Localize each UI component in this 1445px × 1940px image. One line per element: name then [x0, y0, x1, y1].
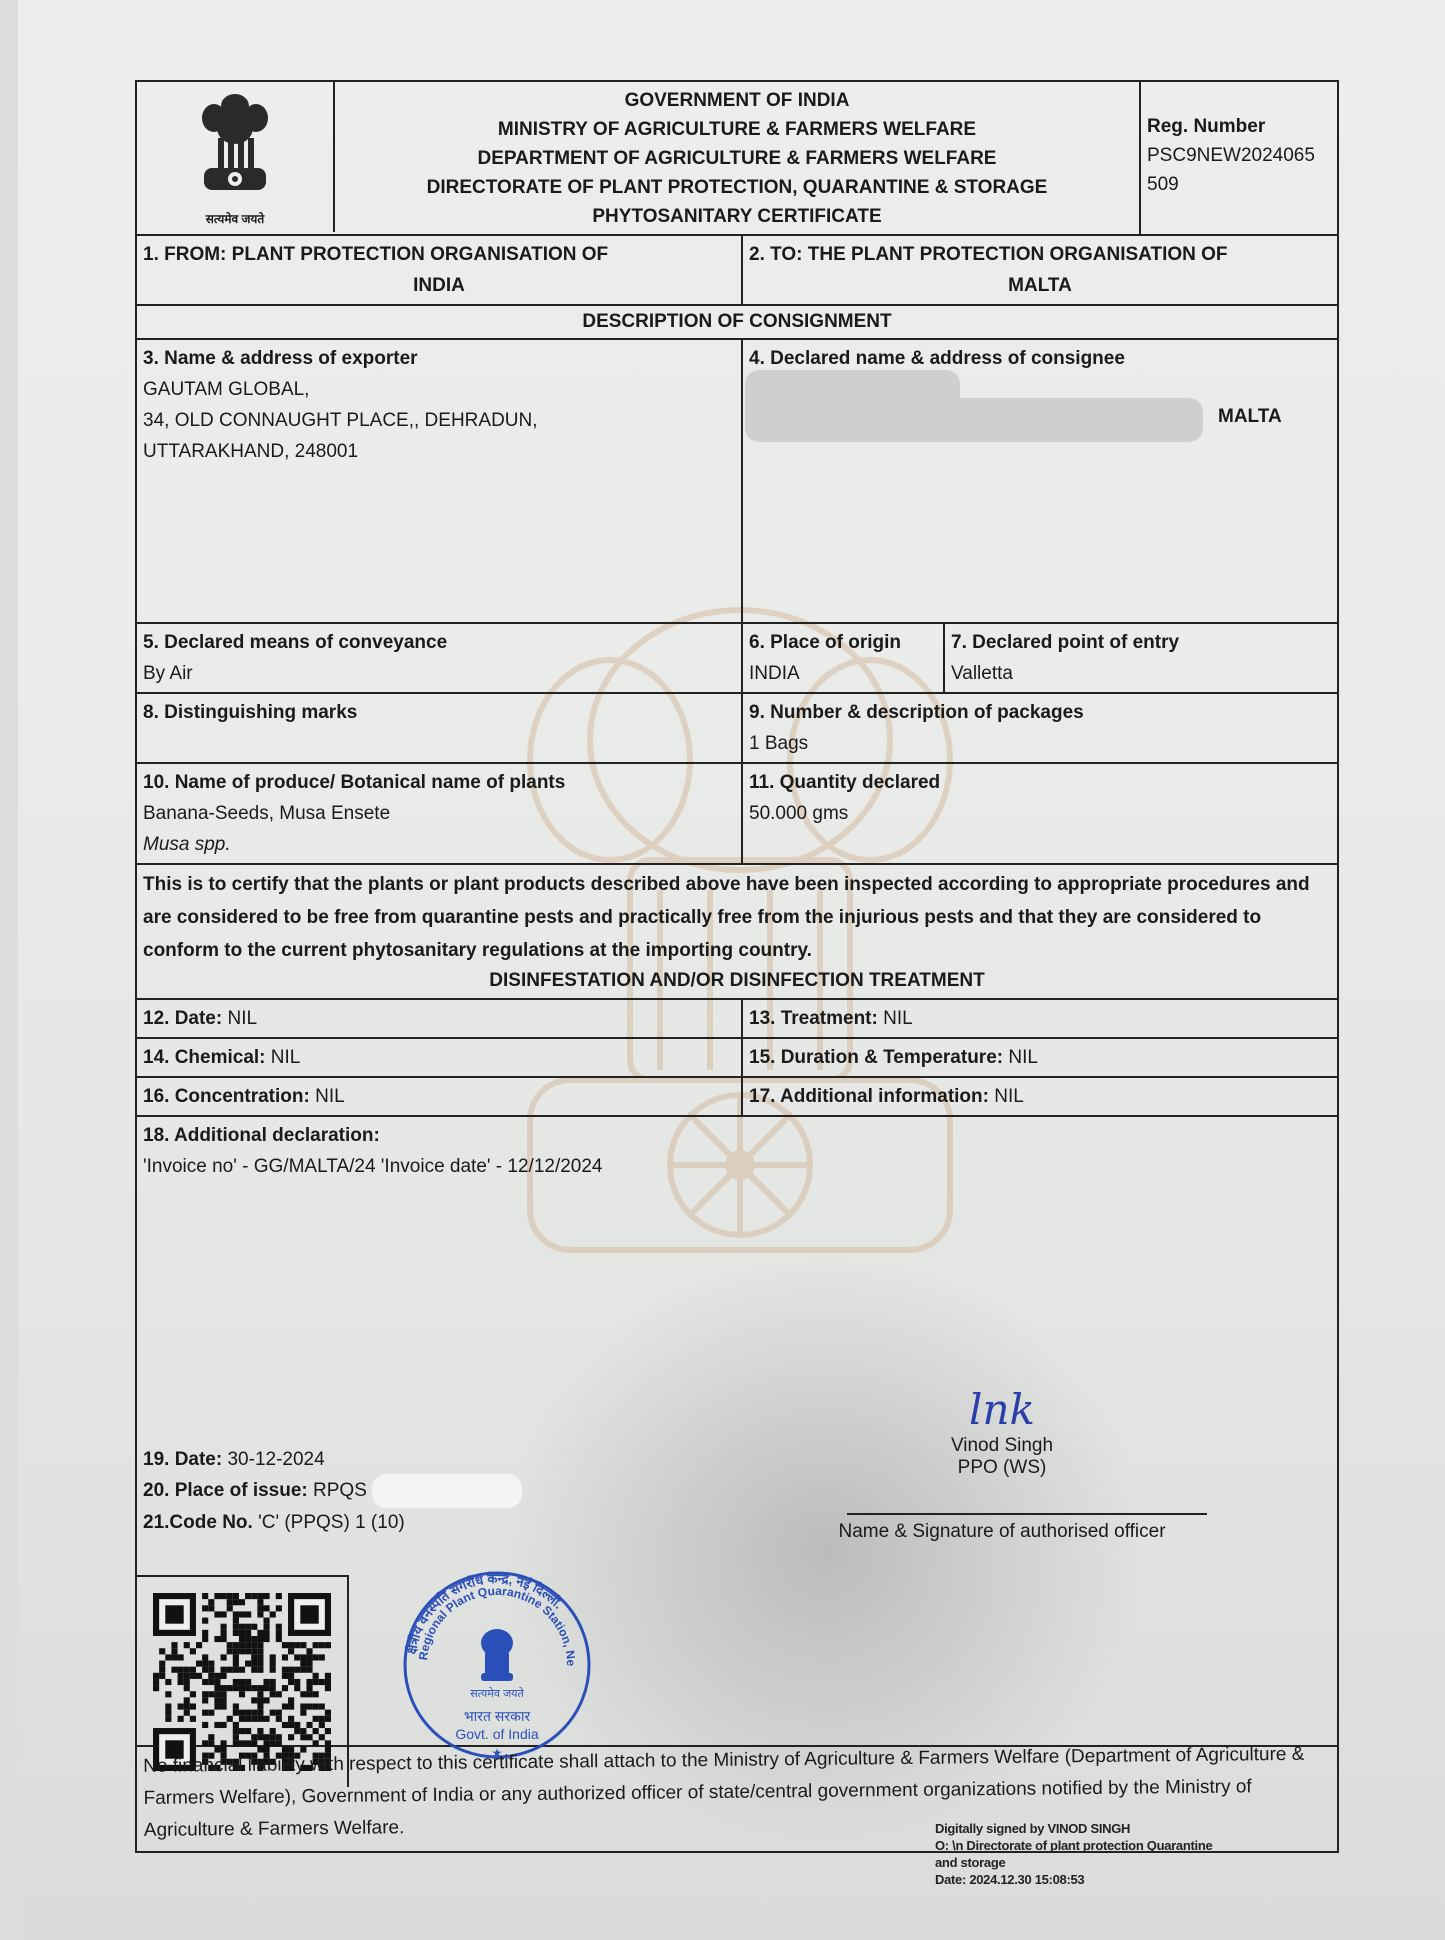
title-line-ministry: MINISTRY OF AGRICULTURE & FARMERS WELFAR…: [341, 115, 1133, 144]
digital-signature-line-1: Digitally signed by VINOD SINGH: [935, 1820, 1212, 1837]
code-number-label: 21.Code No.: [143, 1512, 253, 1533]
entry-value: Valletta: [951, 658, 1331, 689]
consignee-country: MALTA: [1218, 406, 1282, 428]
place-of-issue-label: 20. Place of issue:: [143, 1480, 308, 1501]
svg-text:भारत सरकार: भारत सरकार: [464, 1708, 531, 1724]
exporter-name: GAUTAM GLOBAL,: [143, 374, 735, 405]
officer-signature: lnk: [837, 1385, 1167, 1435]
to-cell: 2. TO: THE PLANT PROTECTION ORGANISATION…: [743, 236, 1337, 304]
consignee-cell: 4. Declared name & address of consignee …: [743, 340, 1337, 622]
to-label: 2. TO: THE PLANT PROTECTION ORGANISATION…: [749, 239, 1331, 270]
marks-packages-row: 8. Distinguishing marks 9. Number & desc…: [137, 694, 1337, 764]
packages-value: 1 Bags: [749, 728, 1331, 759]
national-emblem-icon: [190, 88, 280, 208]
chemical-label: 14. Chemical:: [143, 1047, 266, 1068]
produce-value: Banana-Seeds, Musa Ensete: [143, 798, 735, 829]
additional-info-label: 17. Additional information:: [749, 1086, 989, 1107]
conveyance-value: By Air: [143, 658, 735, 689]
chemical-cell: 14. Chemical: NIL: [137, 1039, 743, 1076]
marks-label: 8. Distinguishing marks: [143, 697, 735, 728]
exporter-address-2: UTTARAKHAND, 248001: [143, 436, 735, 467]
issue-details: 19. Date: 30-12-2024 20. Place of issue:…: [143, 1445, 522, 1537]
issue-signature-area: 19. Date: 30-12-2024 20. Place of issue:…: [137, 1185, 1337, 1745]
reg-number-value-2: 509: [1147, 170, 1331, 199]
additional-info-value: NIL: [994, 1086, 1024, 1107]
certificate-title-block: GOVERNMENT OF INDIA MINISTRY OF AGRICULT…: [335, 82, 1141, 234]
chemical-value: NIL: [271, 1047, 301, 1068]
treatment-date-value: NIL: [227, 1008, 257, 1029]
place-of-issue-value: RPQS: [313, 1480, 367, 1501]
digital-signature-line-2: O: \n Directorate of plant protection Qu…: [935, 1837, 1212, 1854]
code-number-value: 'C' (PPQS) 1 (10): [258, 1512, 405, 1533]
treatment-row-1: 12. Date: NIL 13. Treatment: NIL: [137, 1000, 1337, 1039]
produce-cell: 10. Name of produce/ Botanical name of p…: [137, 764, 743, 863]
title-line-government: GOVERNMENT OF INDIA: [341, 86, 1133, 115]
origin-label: 6. Place of origin: [749, 627, 937, 658]
from-to-row: 1. FROM: PLANT PROTECTION ORGANISATION O…: [137, 236, 1337, 306]
consignee-redaction-2: [873, 398, 1203, 442]
conveyance-cell: 5. Declared means of conveyance By Air: [137, 624, 743, 692]
issue-date-value: 30-12-2024: [227, 1449, 324, 1470]
conveyance-label: 5. Declared means of conveyance: [143, 627, 735, 658]
marks-value: [143, 728, 735, 759]
title-line-directorate: DIRECTORATE OF PLANT PROTECTION, QUARANT…: [341, 173, 1133, 202]
additional-info-cell: 17. Additional information: NIL: [743, 1078, 1337, 1115]
emblem-cell: सत्यमेव जयते: [137, 82, 335, 232]
additional-declaration-value: 'Invoice no' - GG/MALTA/24 'Invoice date…: [143, 1151, 1331, 1182]
treatment-type-cell: 13. Treatment: NIL: [743, 1000, 1337, 1037]
entry-label: 7. Declared point of entry: [951, 627, 1331, 658]
botanical-name: Musa spp.: [143, 829, 735, 860]
place-of-issue-redaction: [372, 1474, 522, 1508]
origin-value: INDIA: [749, 658, 937, 689]
exporter-address-1: 34, OLD CONNAUGHT PLACE,, DEHRADUN,: [143, 405, 735, 436]
digital-signature-line-3: and storage: [935, 1854, 1212, 1871]
quantity-cell: 11. Quantity declared 50.000 gms: [743, 764, 1337, 863]
additional-declaration-label: 18. Additional declaration:: [143, 1120, 1331, 1151]
declaration-signature-block: 18. Additional declaration: 'Invoice no'…: [137, 1117, 1337, 1745]
certificate-title: PHYTOSANITARY CERTIFICATE: [341, 202, 1133, 231]
concentration-cell: 16. Concentration: NIL: [137, 1078, 743, 1115]
duration-cell: 15. Duration & Temperature: NIL: [743, 1039, 1337, 1076]
packages-cell: 9. Number & description of packages 1 Ba…: [743, 694, 1337, 762]
title-line-department: DEPARTMENT OF AGRICULTURE & FARMERS WELF…: [341, 144, 1133, 173]
reg-number-value-1: PSC9NEW2024065: [1147, 141, 1331, 170]
certification-row: This is to certify that the plants or pl…: [137, 865, 1337, 1000]
treatment-date-label: 12. Date:: [143, 1008, 222, 1029]
emblem-motto: सत्यमेव जयते: [206, 210, 264, 227]
officer-name: Vinod Singh: [837, 1435, 1167, 1457]
registration-number-cell: Reg. Number PSC9NEW2024065 509: [1141, 82, 1337, 234]
packages-label: 9. Number & description of packages: [749, 697, 1331, 728]
treatment-date-cell: 12. Date: NIL: [137, 1000, 743, 1037]
reg-number-label: Reg. Number: [1147, 112, 1331, 141]
svg-text:सत्यमेव जयते: सत्यमेव जयते: [470, 1687, 524, 1700]
to-value: MALTA: [749, 270, 1331, 301]
quantity-label: 11. Quantity declared: [749, 767, 1331, 798]
officer-designation: PPO (WS): [837, 1457, 1167, 1479]
treatment-type-label: 13. Treatment:: [749, 1008, 878, 1029]
declaration-signature-row: 18. Additional declaration: 'Invoice no'…: [137, 1117, 1337, 1747]
issue-date-label: 19. Date:: [143, 1449, 222, 1470]
duration-label: 15. Duration & Temperature:: [749, 1047, 1003, 1068]
entry-cell: 7. Declared point of entry Valletta: [945, 624, 1337, 692]
certificate-header: सत्यमेव जयते GOVERNMENT OF INDIA MINISTR…: [137, 82, 1337, 236]
consignment-section-heading: DESCRIPTION OF CONSIGNMENT: [137, 306, 1337, 338]
treatment-row-2: 14. Chemical: NIL 15. Duration & Tempera…: [137, 1039, 1337, 1078]
treatment-type-value: NIL: [883, 1008, 913, 1029]
officer-signature-block: lnk Vinod Singh PPO (WS) Name & Signatur…: [837, 1385, 1167, 1543]
digital-signature-line-4: Date: 2024.12.30 15:08:53: [935, 1871, 1212, 1888]
from-cell: 1. FROM: PLANT PROTECTION ORGANISATION O…: [137, 236, 743, 304]
concentration-label: 16. Concentration:: [143, 1086, 310, 1107]
consignment-section-heading-row: DESCRIPTION OF CONSIGNMENT: [137, 306, 1337, 340]
conveyance-origin-entry-row: 5. Declared means of conveyance By Air 6…: [137, 624, 1337, 694]
origin-cell: 6. Place of origin INDIA: [743, 624, 945, 692]
marks-cell: 8. Distinguishing marks: [137, 694, 743, 762]
certification-block: This is to certify that the plants or pl…: [137, 865, 1337, 998]
exporter-label: 3. Name & address of exporter: [143, 343, 735, 374]
certification-statement: This is to certify that the plants or pl…: [143, 868, 1331, 967]
digital-signature-block: Digitally signed by VINOD SINGH O: \n Di…: [935, 1820, 1212, 1888]
treatment-row-3: 16. Concentration: NIL 17. Additional in…: [137, 1078, 1337, 1117]
svg-text:Govt. of India: Govt. of India: [455, 1726, 538, 1742]
from-label: 1. FROM: PLANT PROTECTION ORGANISATION O…: [143, 239, 735, 270]
exporter-consignee-row: 3. Name & address of exporter GAUTAM GLO…: [137, 340, 1337, 624]
from-value: INDIA: [143, 270, 735, 301]
quantity-value: 50.000 gms: [749, 798, 1331, 829]
exporter-cell: 3. Name & address of exporter GAUTAM GLO…: [137, 340, 743, 622]
officer-caption: Name & Signature of authorised officer: [837, 1521, 1167, 1543]
concentration-value: NIL: [315, 1086, 345, 1107]
produce-label: 10. Name of produce/ Botanical name of p…: [143, 767, 735, 798]
phytosanitary-certificate: सत्यमेव जयते GOVERNMENT OF INDIA MINISTR…: [135, 80, 1339, 1853]
produce-quantity-row: 10. Name of produce/ Botanical name of p…: [137, 764, 1337, 865]
treatment-section-heading: DISINFESTATION AND/OR DISINFECTION TREAT…: [143, 967, 1331, 995]
official-stamp-icon: क्षेत्रीय वनस्पति संगरोध केन्द्र, नई दिल…: [397, 1565, 597, 1765]
duration-value: NIL: [1008, 1047, 1038, 1068]
